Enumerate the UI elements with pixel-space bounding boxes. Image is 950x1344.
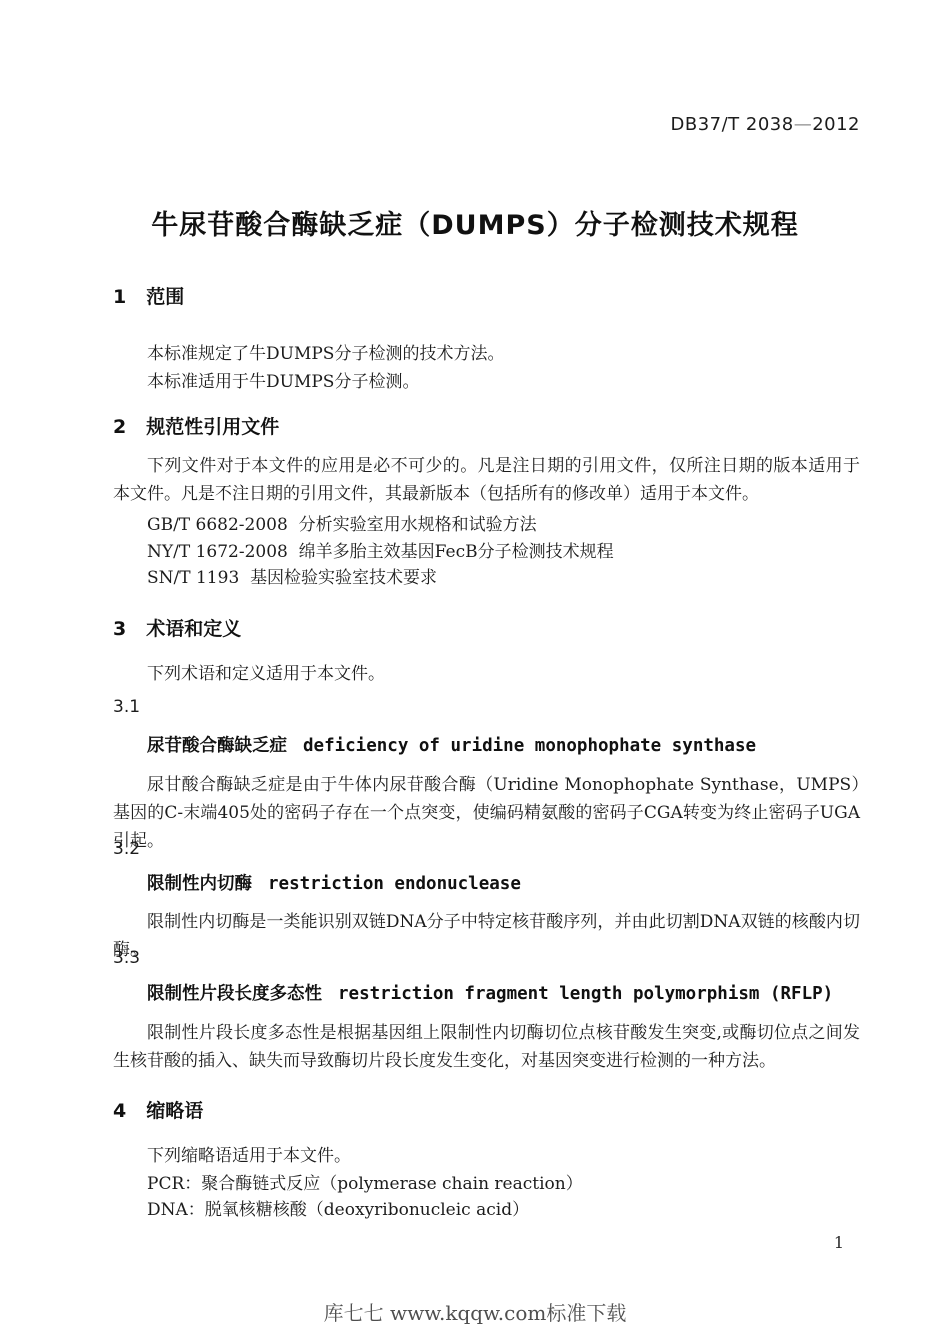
standard-code-prefix: DB37/T 2038 xyxy=(670,114,793,135)
reference-item: GB/T 6682-2008 分析实验室用水规格和试验方法 xyxy=(113,511,860,539)
section-1-title: 范围 xyxy=(146,286,184,308)
section-3-number: 3 xyxy=(113,618,126,640)
term-3-3-definition: 限制性片段长度多态性是根据基因组上限制性内切酶切位点核苷酸发生突变,或酶切位点之… xyxy=(113,1019,860,1075)
reference-item: NY/T 1672-2008 绵羊多胎主效基因FecB分子检测技术规程 xyxy=(113,538,860,566)
terms-intro: 下列术语和定义适用于本文件。 xyxy=(113,660,860,688)
term-3-3-heading: 限制性片段长度多态性restriction fragment length po… xyxy=(113,982,894,1006)
reference-item: SN/T 1193 基因检验实验室技术要求 xyxy=(113,564,860,592)
page-number: 1 xyxy=(834,1233,844,1252)
section-2-title: 规范性引用文件 xyxy=(146,416,279,438)
watermark-text: 库七七 www.kqqw.com标准下载 xyxy=(0,1297,950,1326)
term-3-3-english: restriction fragment length polymorphism… xyxy=(338,984,833,1004)
term-3-1-chinese: 尿苷酸合酶缺乏症 xyxy=(147,736,287,756)
section-1-heading: 1范围 xyxy=(113,282,860,309)
term-3-1-number: 3.1 xyxy=(113,697,860,717)
section-2-number: 2 xyxy=(113,416,126,438)
term-3-2-english: restriction endonuclease xyxy=(268,874,521,894)
standard-code-header: DB37/T 2038—2012 xyxy=(670,114,860,135)
standard-code-dash: — xyxy=(794,114,813,135)
term-3-2-heading: 限制性内切酶restriction endonuclease xyxy=(113,872,894,896)
term-3-3-number: 3.3 xyxy=(113,948,860,968)
section-4-title: 缩略语 xyxy=(146,1100,203,1122)
scope-paragraph-2: 本标准适用于牛DUMPS分子检测。 xyxy=(113,368,860,396)
abbreviations-intro: 下列缩略语适用于本文件。 xyxy=(113,1142,860,1170)
term-3-1-english: deficiency of uridine monophophate synth… xyxy=(303,736,756,756)
term-3-3-chinese: 限制性片段长度多态性 xyxy=(147,984,322,1004)
section-3-heading: 3术语和定义 xyxy=(113,614,860,641)
section-4-number: 4 xyxy=(113,1100,126,1122)
standard-code-year: 2012 xyxy=(812,114,860,135)
section-2-heading: 2规范性引用文件 xyxy=(113,412,860,439)
document-title: 牛尿苷酸合酶缺乏症（DUMPS）分子检测技术规程 xyxy=(0,203,950,242)
section-3-title: 术语和定义 xyxy=(146,618,241,640)
abbreviation-item: PCR：聚合酶链式反应（polymerase chain reaction） xyxy=(113,1170,860,1198)
normative-references-intro: 下列文件对于本文件的应用是必不可少的。凡是注日期的引用文件，仅所注日期的版本适用… xyxy=(113,452,860,508)
scope-paragraph-1: 本标准规定了牛DUMPS分子检测的技术方法。 xyxy=(113,340,860,368)
term-3-1-heading: 尿苷酸合酶缺乏症deficiency of uridine monophopha… xyxy=(113,734,894,758)
document-page: DB37/T 2038—2012 牛尿苷酸合酶缺乏症（DUMPS）分子检测技术规… xyxy=(0,0,950,1344)
term-3-2-chinese: 限制性内切酶 xyxy=(147,874,252,894)
section-1-number: 1 xyxy=(113,286,126,308)
section-4-heading: 4缩略语 xyxy=(113,1096,860,1123)
term-3-2-number: 3.2 xyxy=(113,839,860,859)
abbreviation-item: DNA：脱氧核糖核酸（deoxyribonucleic acid） xyxy=(113,1196,860,1224)
